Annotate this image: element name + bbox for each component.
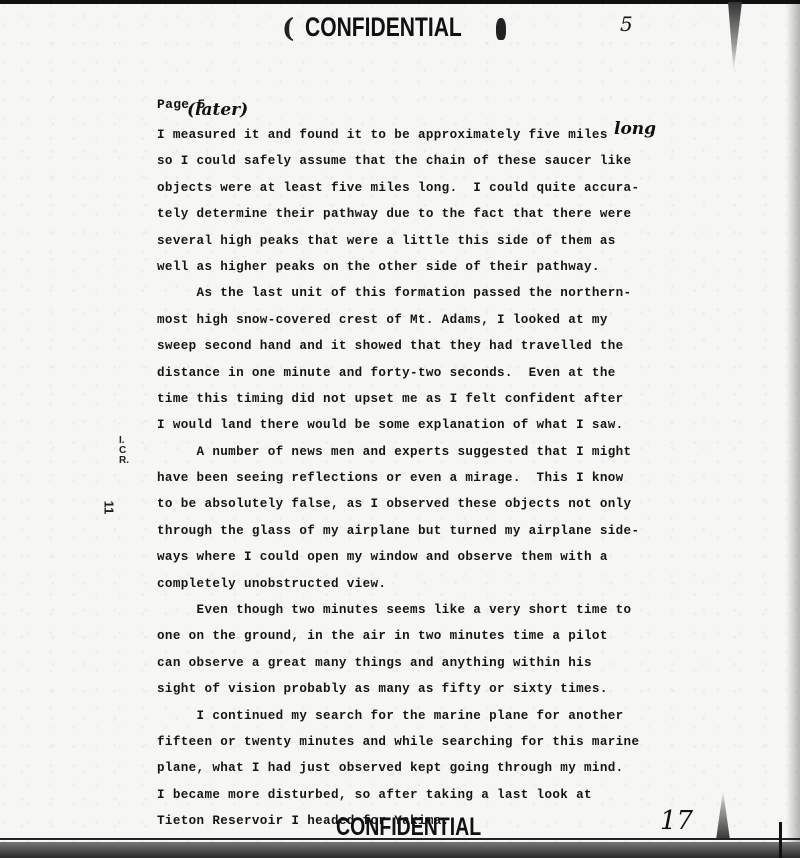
text-line: well as higher peaks on the other side o… [157, 254, 677, 280]
bracket-mark-icon: ( [282, 14, 294, 44]
text-line: distance in one minute and forty-two sec… [157, 360, 677, 386]
text-line: As the last unit of this formation passe… [157, 280, 677, 306]
text-line: sight of vision probably as many as fift… [157, 676, 677, 702]
margin-marks: I. C R. [119, 436, 129, 466]
scan-right-tick [779, 822, 782, 858]
confidential-stamp-top: CONFIDENTIAL [305, 12, 462, 43]
text-line: have been seeing reflections or even a m… [157, 465, 677, 491]
scan-smudge-top [728, 2, 742, 72]
punch-mark-icon [496, 18, 506, 40]
text-line: Even though two minutes seems like a ver… [157, 597, 677, 623]
scan-top-edge [0, 0, 800, 4]
text-line: so I could safely assume that the chain … [157, 148, 677, 174]
text-line: tely determine their pathway due to the … [157, 201, 677, 227]
text-line: several high peaks that were a little th… [157, 228, 677, 254]
text-line: fifteen or twenty minutes and while sear… [157, 729, 677, 755]
text-line: I would land there would be some explana… [157, 412, 677, 438]
document-page: ( CONFIDENTIAL 5 (later) long I. C R. 11… [0, 0, 800, 858]
handwritten-page-mark: 5 [620, 12, 633, 36]
text-line: can observe a great many things and anyt… [157, 650, 677, 676]
text-line: most high snow-covered crest of Mt. Adam… [157, 307, 677, 333]
text-line: through the glass of my airplane but tur… [157, 518, 677, 544]
scan-smudge-bottom [716, 790, 730, 840]
margin-number: 11 [101, 501, 116, 515]
text-line: I measured it and found it to be approxi… [157, 122, 677, 148]
body-text: I measured it and found it to be approxi… [157, 122, 677, 835]
confidential-stamp-bottom: CONFIDENTIAL [336, 813, 481, 842]
text-line: I continued my search for the marine pla… [157, 703, 677, 729]
text-line: to be absolutely false, as I observed th… [157, 491, 677, 517]
scan-right-edge-shadow [786, 0, 800, 858]
text-line: time this timing did not upset me as I f… [157, 386, 677, 412]
text-line: plane, what I had just observed kept goi… [157, 755, 677, 781]
text-line: one on the ground, in the air in two min… [157, 623, 677, 649]
scan-bottom-band [0, 842, 800, 858]
page-label: Page 5 [157, 97, 206, 112]
text-line: sweep second hand and it showed that the… [157, 333, 677, 359]
handwritten-folio-number: 17 [660, 806, 693, 836]
text-line: objects were at least five miles long. I… [157, 175, 677, 201]
text-line: ways where I could open my window and ob… [157, 544, 677, 570]
text-line: A number of news men and experts suggest… [157, 439, 677, 465]
text-line: completely unobstructed view. [157, 571, 677, 597]
text-line: I became more disturbed, so after taking… [157, 782, 677, 808]
